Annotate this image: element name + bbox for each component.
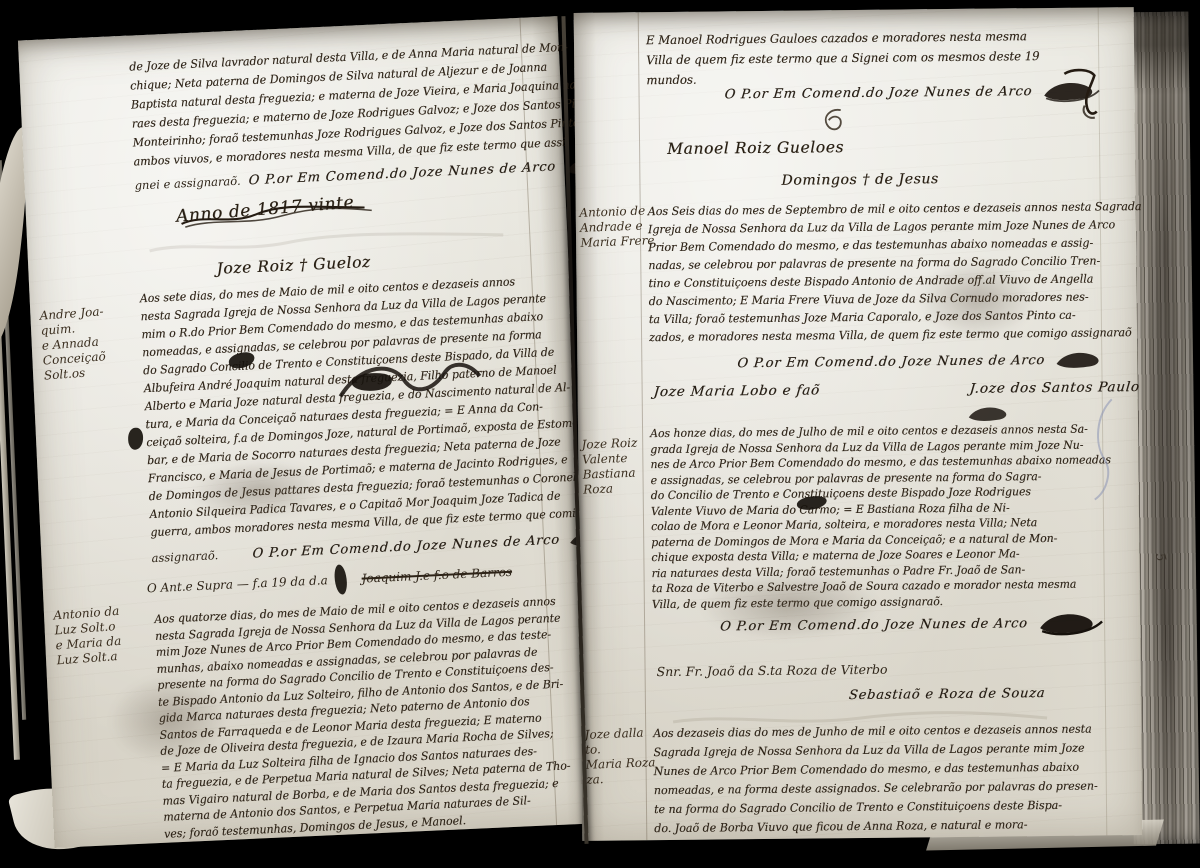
left-page: de Joze de Silva lavrador natural desta … [18, 16, 594, 848]
ink-flourish [1053, 347, 1109, 372]
entry-body: Aos Seis dias do mes de Septembro de mil… [648, 197, 1143, 346]
margin-note: Antonio daLuz Solt.oe Maria daLuz Solt.a [53, 604, 123, 669]
priest-signature: O P.or Em Comend.do Joze Nunes de Arco [724, 84, 1033, 102]
struck-year-note: Anno de 1817 vinte [175, 192, 355, 226]
margin-note-line: Maria Roza [585, 755, 655, 773]
pencil-curl [1086, 395, 1121, 505]
margin-note-line: Maria Frere [580, 233, 655, 251]
fore-edge-numeral: 5 [1152, 552, 1168, 563]
right-page: E Manoel Rodrigues Gauloes cazados e mor… [574, 7, 1143, 841]
ink-flourish [1036, 607, 1106, 638]
manuscript-line: Villa de quem fiz este termo que a Signe… [646, 46, 1040, 70]
ink-blot [128, 427, 144, 450]
manuscript-line: zados, e moradores nesta mesma Villa, de… [649, 323, 1143, 346]
closing-and-signature: O P.or Em Comend.do Joze Nunes de Arco [737, 347, 1109, 375]
entry-continuation: de Joze de Silva lavrador natural desta … [129, 37, 596, 172]
margin-note-line: Solt.os [43, 364, 108, 384]
margin-note: Antonio deAndrade eMaria Frere [579, 203, 655, 251]
scanned-manuscript-spread: 5 de Joze de Silva lavrador natural dest… [0, 0, 1200, 868]
ink-scrawl [333, 350, 485, 407]
manuscript-line: do. Joaõ de Borba Viuvo que ficou de Ann… [654, 815, 1098, 839]
ink-blot [334, 564, 347, 595]
margin-note-line: Joze Roiz [581, 436, 637, 453]
margin-note-line: Bastiana [582, 466, 638, 483]
priest-signature: O P.or Em Comend.do Joze Nunes de Arco [252, 532, 560, 561]
margin-note: Joze dallato.Maria Rozaza. [584, 725, 656, 788]
margin-note-line: Roza [583, 481, 639, 498]
interline-note-struck: Joaquim J.e f.o de Barros [361, 565, 512, 586]
interline-annotation: O Ant.e Supra — f.a 19 da d.a Joaquim J.… [147, 565, 513, 596]
witness-signatures: Joze Maria Lobo e faõ J.oze dos Santos P… [654, 379, 1141, 400]
clergy-line: Snr. Fr. Joaõ da S.ta Roza de Viterbo [657, 662, 888, 679]
entry-heading: Manoel Roiz Gueloes [667, 138, 844, 158]
entry-subheading: Domingos † de Jesus [781, 171, 938, 189]
margin-note: Joze RoizValenteBastianaRoza [581, 436, 639, 498]
interline-note: O Ant.e Supra — f.a 19 da d.a [147, 573, 328, 595]
priest-signature: O P.or Em Comend.do Joze Nunes de Arco [737, 353, 1046, 371]
witness-signature: Joze Maria Lobo e faõ [653, 382, 821, 400]
closing-words: assignaraõ. [151, 548, 218, 565]
margin-note-line: Luz Solt.a [56, 649, 123, 669]
clergy-signature: Sebastiaõ e Roza de Souza [848, 686, 1046, 703]
closing-and-signature: O P.or Em Comend.do Joze Nunes de Arco [724, 77, 1104, 107]
margin-note-line: za. [586, 770, 656, 788]
margin-rule [638, 12, 648, 840]
closing-words: gnei e assignaraõ. [134, 174, 241, 193]
witness-signature: J.oze dos Santos Paulo [969, 379, 1141, 397]
folio-corner-flourish [1060, 65, 1101, 121]
entry-body: Aos dezaseis dias do mes de Junho de mil… [653, 720, 1098, 839]
ink-curl [811, 106, 851, 140]
margin-note: Andre Joa-quim.e AnnadaConceiçaõSolt.os [39, 304, 108, 383]
